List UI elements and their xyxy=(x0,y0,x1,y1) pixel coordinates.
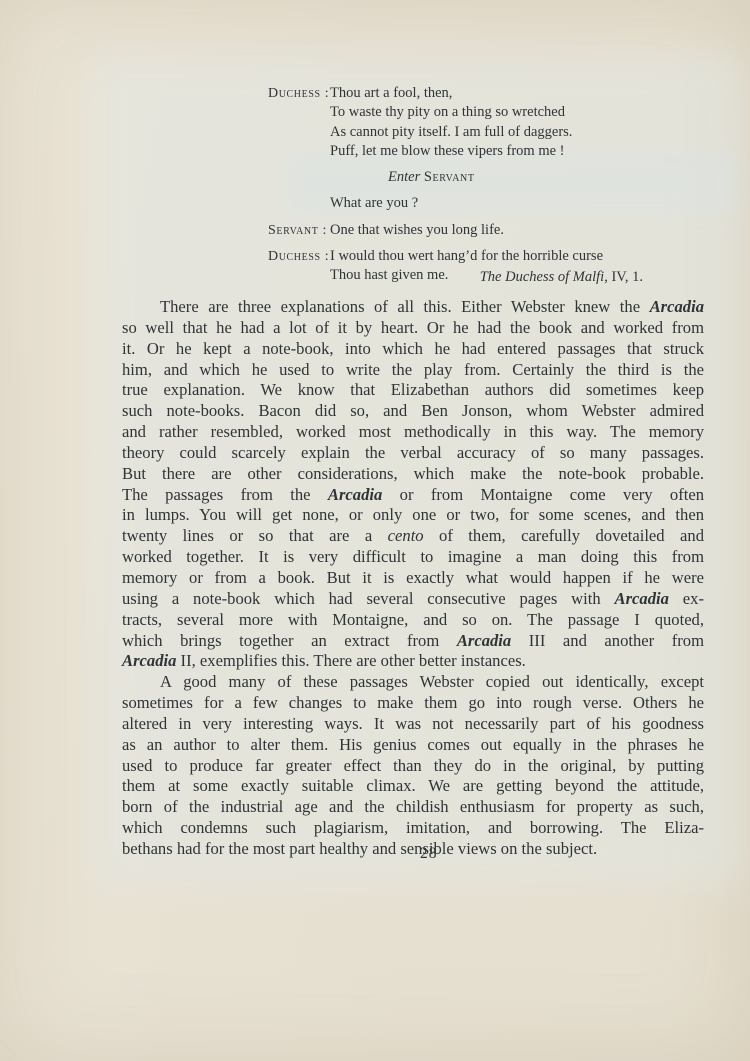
quote-row: Servant :One that wishes you long life. xyxy=(268,221,704,240)
body-line: Arcadia II, exemplifies this. There are … xyxy=(122,651,704,672)
body-line: so well that he had a lot of it by heart… xyxy=(122,318,704,339)
dialogue-lines: What are you ? xyxy=(330,194,704,213)
body-text: There are three explanations of all this… xyxy=(122,297,704,860)
dialogue-lines: Thou art a fool, then,To waste thy pity … xyxy=(330,84,704,161)
quote-citation: The Duchess of Malfi, IV, 1. xyxy=(480,269,643,286)
body-line: such note-books. Bacon did so, and Ben J… xyxy=(122,401,704,422)
speaker-label xyxy=(268,194,330,213)
body-line: memory or from a book. But it is exactly… xyxy=(122,568,704,589)
body-line: altered in very interesting ways. It was… xyxy=(122,714,704,735)
quote-row: What are you ? xyxy=(268,194,704,213)
body-line: But there are other considerations, whic… xyxy=(122,464,704,485)
dialogue-line: One that wishes you long life. xyxy=(330,221,704,240)
italic-text: cento xyxy=(388,526,424,545)
book-page: Duchess :Thou art a fool, then,To waste … xyxy=(0,0,750,1061)
body-line: tracts, several more with Montaigne, and… xyxy=(122,610,704,631)
body-line: The passages from the Arcadia or from Mo… xyxy=(122,485,704,506)
body-line: true explanation. We know that Elizabeth… xyxy=(122,380,704,401)
body-line: theory could scarcely explain the verbal… xyxy=(122,443,704,464)
body-line: which brings together an extract from Ar… xyxy=(122,631,704,652)
body-line: and rather resembled, worked most method… xyxy=(122,422,704,443)
body-line: used to produce far greater effect than … xyxy=(122,756,704,777)
page-number: 28 xyxy=(420,845,438,863)
italic-text: Arcadia xyxy=(457,631,511,650)
dialogue-line: Thou art a fool, then, xyxy=(330,84,704,103)
body-line: it. Or he kept a note-book, into which h… xyxy=(122,339,704,360)
speaker-label: Duchess : xyxy=(268,84,330,161)
body-line: twenty lines or so that are a cento of t… xyxy=(122,526,704,547)
body-line: worked together. It is very difficult to… xyxy=(122,547,704,568)
quote-block: Duchess :Thou art a fool, then,To waste … xyxy=(268,84,704,286)
stage-direction: Enter Servant xyxy=(268,168,704,187)
italic-text: Arcadia xyxy=(122,651,176,670)
speaker-label: Servant : xyxy=(268,221,330,240)
dialogue-line: Puff, let me blow these vipers from me ! xyxy=(330,142,704,161)
body-line: There are three explanations of all this… xyxy=(122,297,704,318)
body-line: him, and which he used to write the play… xyxy=(122,360,704,381)
dialogue-line: As cannot pity itself. I am full of dagg… xyxy=(330,123,704,142)
body-line: A good many of these passages Webster co… xyxy=(122,672,704,693)
body-line: sometimes for a few changes to make them… xyxy=(122,693,704,714)
italic-text: Enter xyxy=(388,169,420,185)
body-line: in lumps. You will get none, or only one… xyxy=(122,505,704,526)
dialogue-line: To waste thy pity on a thing so wretched xyxy=(330,103,704,122)
body-line: them at some exactly suitable climax. We… xyxy=(122,776,704,797)
body-line: bethans had for the most part healthy an… xyxy=(122,839,704,860)
body-line: born of the industrial age and the child… xyxy=(122,797,704,818)
body-line: which condemns such plagiarism, imitatio… xyxy=(122,818,704,839)
quote-row: Duchess :Thou art a fool, then,To waste … xyxy=(268,84,704,161)
speaker-label: Duchess : xyxy=(268,247,330,286)
body-line: using a note-book which had several cons… xyxy=(122,589,704,610)
italic-text: Arcadia xyxy=(328,485,382,504)
small-caps-text: Servant xyxy=(424,169,475,185)
italic-text: Arcadia xyxy=(650,297,704,316)
dialogue-line: I would thou wert hang’d for the horribl… xyxy=(330,247,704,266)
italic-text: The Duchess of Malfi xyxy=(480,269,604,285)
dialogue-lines: One that wishes you long life. xyxy=(330,221,704,240)
italic-text: Arcadia xyxy=(615,589,669,608)
body-line: as an author to alter them. His genius c… xyxy=(122,735,704,756)
dialogue-line: What are you ? xyxy=(330,194,704,213)
